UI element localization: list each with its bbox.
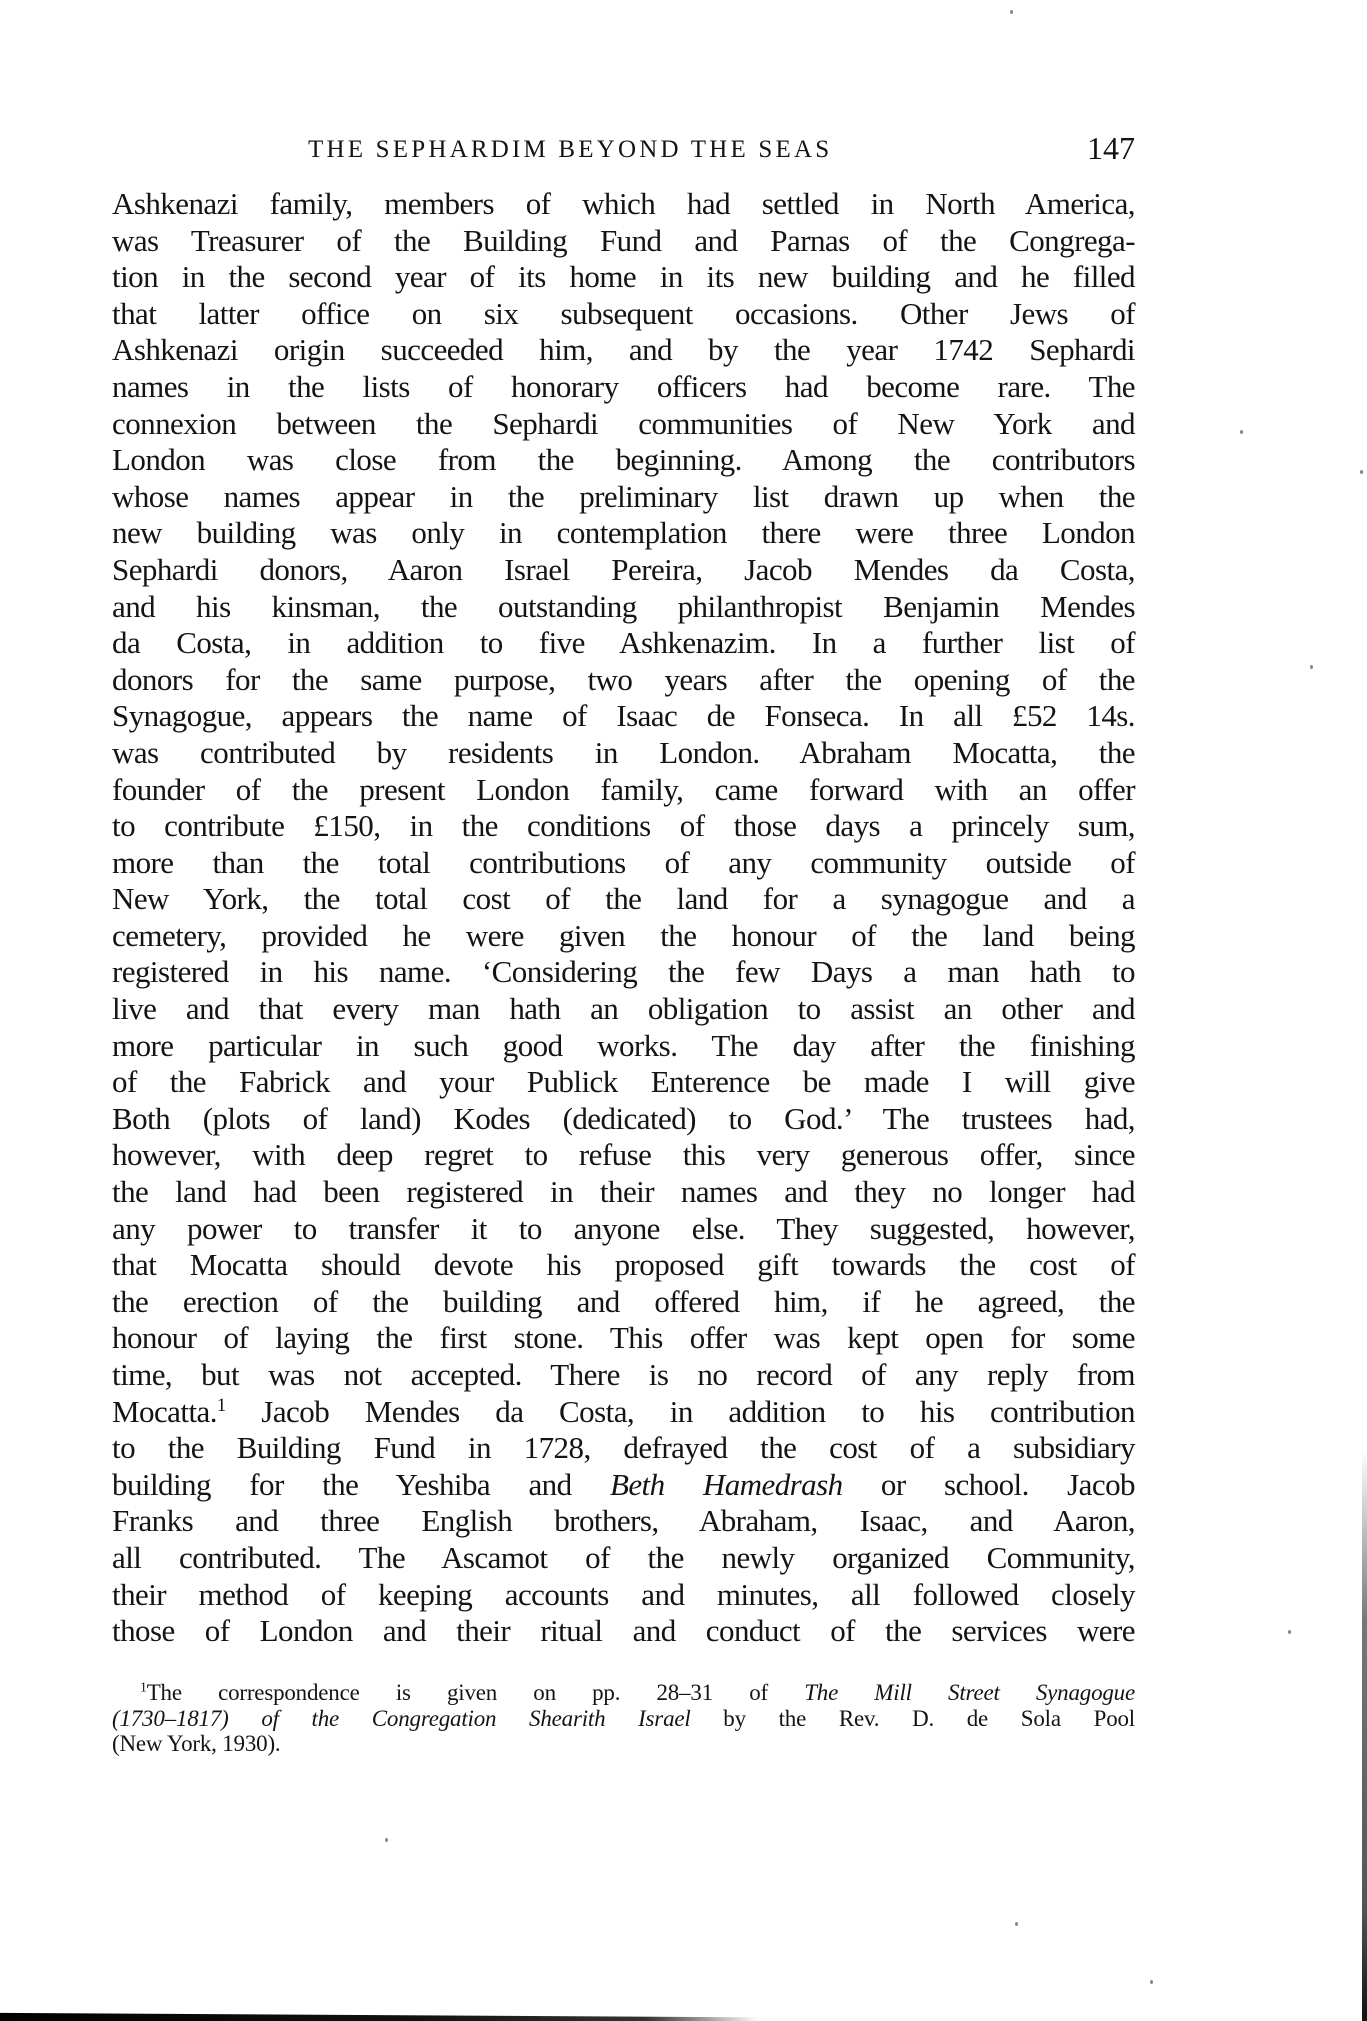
text-segment: building for the Yeshiba and bbox=[112, 1467, 610, 1502]
text-line-with-italic: building for the Yeshiba and Beth Hamedr… bbox=[112, 1467, 1135, 1504]
footnote-line: (1730–1817) of the Congregation Shearith… bbox=[112, 1706, 1135, 1732]
text-line: Sephardi donors, Aaron Israel Pereira, J… bbox=[112, 552, 1135, 589]
text-line: their method of keeping accounts and min… bbox=[112, 1577, 1135, 1614]
scan-edge-right bbox=[1362, 1450, 1367, 2021]
scan-speck bbox=[1360, 470, 1363, 474]
text-line: founder of the present London family, ca… bbox=[112, 772, 1135, 809]
text-line: registered in his name. ‘Considering the… bbox=[112, 954, 1135, 991]
footnote-reference[interactable]: 1 bbox=[217, 1394, 226, 1415]
italic-term: Beth Hamedrash bbox=[610, 1467, 843, 1502]
text-line: cemetery, provided he were given the hon… bbox=[112, 918, 1135, 955]
footnote: 1The correspondence is given on pp. 28–3… bbox=[112, 1680, 1135, 1757]
footnote-book-title: (1730–1817) of the Congregation Shearith… bbox=[112, 1706, 691, 1731]
text-line: to the Building Fund in 1728, defrayed t… bbox=[112, 1430, 1135, 1467]
text-line: London was close from the beginning. Amo… bbox=[112, 442, 1135, 479]
text-line: names in the lists of honorary officers … bbox=[112, 369, 1135, 406]
text-line: Both (plots of land) Kodes (dedicated) t… bbox=[112, 1101, 1135, 1138]
text-line: whose names appear in the preliminary li… bbox=[112, 479, 1135, 516]
text-line: Synagogue, appears the name of Isaac de … bbox=[112, 698, 1135, 735]
text-segment: Jacob Mendes da Costa, in addition to hi… bbox=[226, 1394, 1135, 1429]
scan-speck bbox=[385, 1838, 388, 1842]
text-line: that latter office on six subsequent occ… bbox=[112, 296, 1135, 333]
running-head-title: THE SEPHARDIM BEYOND THE SEAS bbox=[308, 132, 832, 168]
footnote-line: 1The correspondence is given on pp. 28–3… bbox=[112, 1680, 1135, 1706]
text-line: all contributed. The Ascamot of the newl… bbox=[112, 1540, 1135, 1577]
text-line: Ashkenazi family, members of which had s… bbox=[112, 186, 1135, 223]
text-line: and his kinsman, the outstanding philant… bbox=[112, 589, 1135, 626]
running-head: THE SEPHARDIM BEYOND THE SEAS 147 bbox=[112, 132, 1135, 168]
footnote-marker: 1 bbox=[140, 1680, 147, 1695]
text-line: to contribute £150, in the conditions of… bbox=[112, 808, 1135, 845]
text-line: the land had been registered in their na… bbox=[112, 1174, 1135, 1211]
text-line: honour of laying the first stone. This o… bbox=[112, 1320, 1135, 1357]
text-line: however, with deep regret to refuse this… bbox=[112, 1137, 1135, 1174]
text-line: the erection of the building and offered… bbox=[112, 1284, 1135, 1321]
footnote-text: by the Rev. D. de Sola Pool bbox=[691, 1706, 1135, 1731]
text-line: New York, the total cost of the land for… bbox=[112, 881, 1135, 918]
text-line: of the Fabrick and your Publick Enterenc… bbox=[112, 1064, 1135, 1101]
scan-speck bbox=[1288, 1630, 1291, 1634]
text-line: Franks and three English brothers, Abrah… bbox=[112, 1503, 1135, 1540]
text-line: new building was only in contemplation t… bbox=[112, 515, 1135, 552]
text-line: da Costa, in addition to five Ashkenazim… bbox=[112, 625, 1135, 662]
scan-speck bbox=[1240, 430, 1243, 434]
text-line: time, but was not accepted. There is no … bbox=[112, 1357, 1135, 1394]
text-segment: or school. Jacob bbox=[843, 1467, 1135, 1502]
text-line: tion in the second year of its home in i… bbox=[112, 259, 1135, 296]
text-segment: Mocatta. bbox=[112, 1394, 217, 1429]
text-line: more than the total contributions of any… bbox=[112, 845, 1135, 882]
scan-speck bbox=[1150, 1980, 1153, 1984]
footnote-line: (New York, 1930). bbox=[112, 1731, 1135, 1757]
text-line: that Mocatta should devote his proposed … bbox=[112, 1247, 1135, 1284]
footnote-book-title: The Mill Street Synagogue bbox=[804, 1680, 1135, 1705]
scan-speck bbox=[1010, 10, 1013, 14]
text-line: connexion between the Sephardi communiti… bbox=[112, 406, 1135, 443]
text-line: any power to transfer it to anyone else.… bbox=[112, 1211, 1135, 1248]
book-page: THE SEPHARDIM BEYOND THE SEAS 147 Ashken… bbox=[0, 0, 1367, 2021]
text-line: live and that every man hath an obligati… bbox=[112, 991, 1135, 1028]
text-line: was contributed by residents in London. … bbox=[112, 735, 1135, 772]
text-line: those of London and their ritual and con… bbox=[112, 1613, 1135, 1650]
scan-edge-bottom bbox=[0, 2012, 760, 2021]
text-line: was Treasurer of the Building Fund and P… bbox=[112, 223, 1135, 260]
page-number: 147 bbox=[1087, 128, 1135, 168]
footnote-text: The correspondence is given on pp. 28–31… bbox=[147, 1680, 804, 1705]
body-text: Ashkenazi family, members of which had s… bbox=[112, 186, 1135, 1650]
text-line: more particular in such good works. The … bbox=[112, 1028, 1135, 1065]
scan-speck bbox=[1015, 1922, 1018, 1926]
scan-speck bbox=[1310, 665, 1313, 669]
text-line: donors for the same purpose, two years a… bbox=[112, 662, 1135, 699]
text-line: Ashkenazi origin succeeded him, and by t… bbox=[112, 332, 1135, 369]
text-line-with-footnote-ref: Mocatta.1 Jacob Mendes da Costa, in addi… bbox=[112, 1394, 1135, 1431]
